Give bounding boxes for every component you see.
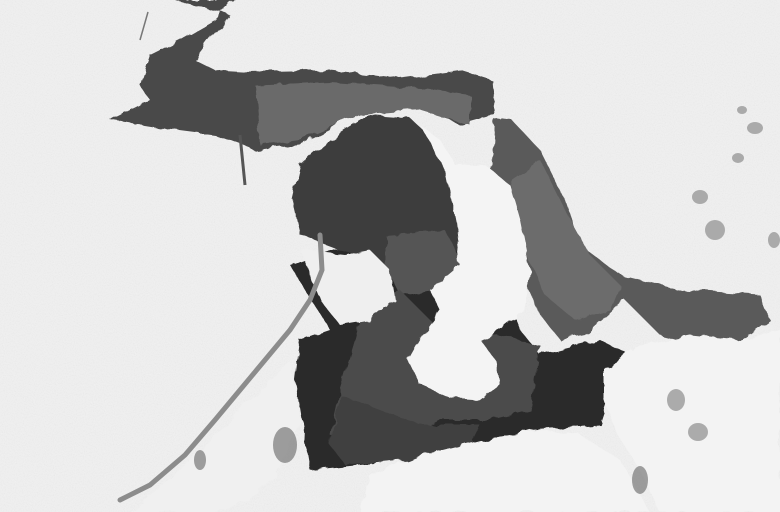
snow-rubble-photo [0,0,780,512]
